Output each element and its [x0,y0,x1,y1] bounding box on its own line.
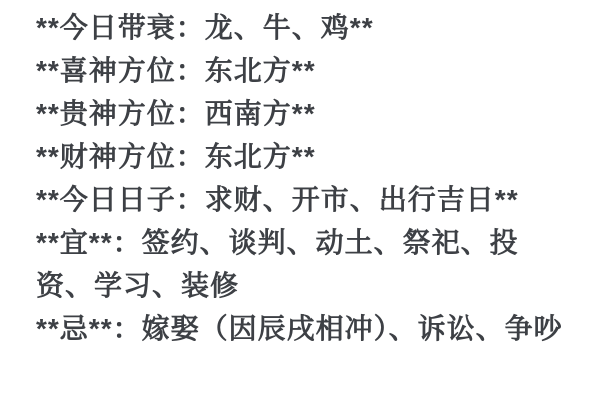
line-daily-clash-zodiacs: **今日带衰：龙、牛、鸡** [36,6,564,49]
line-noble-god-direction: **贵神方位：西南方** [36,92,564,135]
almanac-text-block: **今日带衰：龙、牛、鸡** **喜神方位：东北方** **贵神方位：西南方**… [0,0,600,350]
line-wealth-god-direction: **财神方位：东北方** [36,135,564,178]
line-suitable-activities: **宜**：签约、谈判、动土、祭祀、投资、学习、装修 [36,221,564,307]
line-joy-god-direction: **喜神方位：东北方** [36,49,564,92]
line-day-auspiciousness: **今日日子：求财、开市、出行吉日** [36,178,564,221]
line-avoid-activities: **忌**：嫁娶（因辰戌相冲）、诉讼、争吵 [36,307,564,350]
